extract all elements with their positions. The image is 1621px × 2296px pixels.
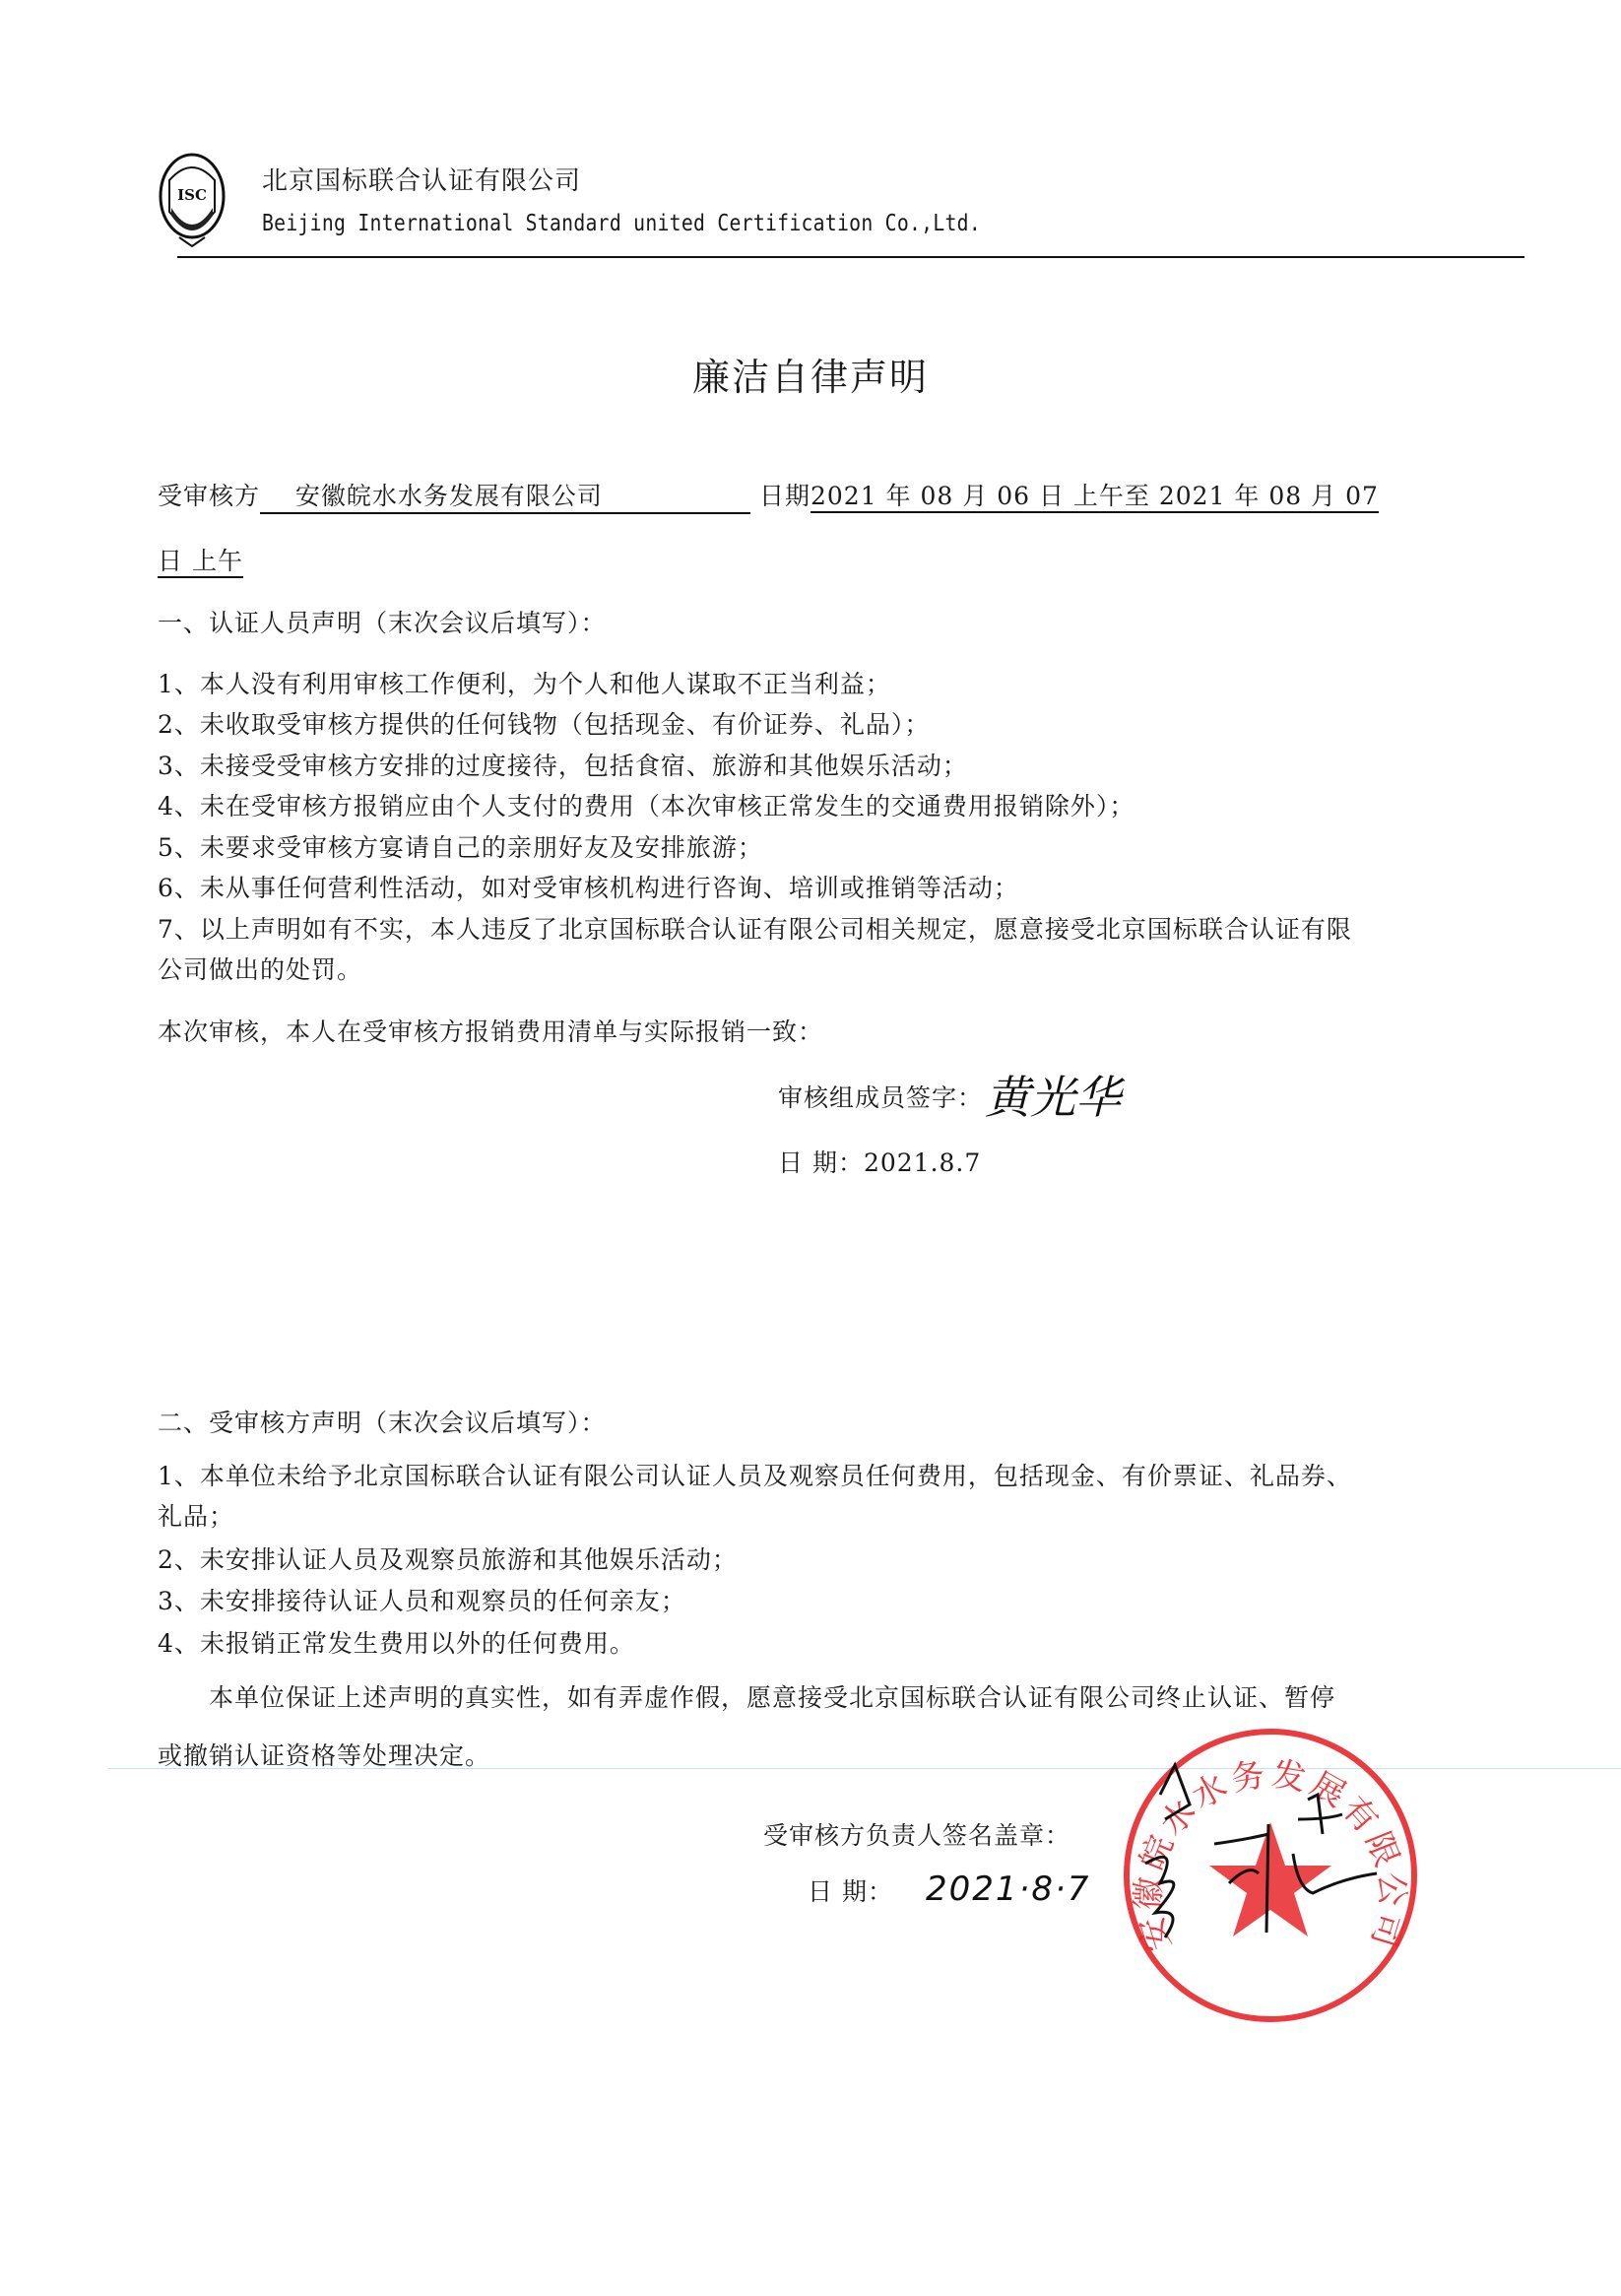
guarantee-line-1: 本单位保证上述声明的真实性，如有弄虚作假，愿意接受北京国标联合认证有限公司终止认… — [209, 1683, 1335, 1713]
section1-item-7: 7、以上声明如有不实，本人违反了北京国标联合认证有限公司相关规定，愿意接受北京国… — [158, 915, 1352, 945]
section1-item-4: 4、未在受审核方报销应由个人支付的费用（本次审核正常发生的交通费用报销除外）； — [158, 792, 1135, 821]
section1-item-7-cont: 公司做出的处罚。 — [158, 955, 362, 985]
section2-item-1-cont: 礼品； — [158, 1502, 234, 1532]
auditor-signature-label: 审核组成员签字： — [778, 1083, 983, 1113]
section2-item-2: 2、未安排认证人员及观察员旅游和其他娱乐活动； — [158, 1545, 738, 1575]
section1-item-2: 2、未收取受审核方提供的任何钱物（包括现金、有价证券、礼品）； — [158, 710, 930, 740]
auditee-row: 受审核方 安徽皖水水务发展有限公司 日期2021 年 08 月 06 日 上午至… — [158, 482, 1379, 514]
auditee-signature-label: 受审核方负责人签名盖章： — [763, 1821, 1070, 1851]
section1-item-1: 1、本人没有利用审核工作便利，为个人和他人谋取不正当利益； — [158, 670, 891, 699]
section1-item-3: 3、未接受受审核方安排的过度接待，包括食宿、旅游和其他娱乐活动； — [158, 752, 968, 781]
section2-heading: 二、受审核方声明（末次会议后填写）： — [158, 1409, 607, 1438]
date-field-line2-row: 日 上午 — [158, 547, 243, 576]
date-field-line2: 日 上午 — [158, 547, 243, 578]
guarantee-line-2: 或撤销认证资格等处理决定。 — [158, 1741, 490, 1771]
auditor-date-label: 日 期： — [778, 1148, 864, 1177]
date-label: 日期 — [759, 482, 810, 510]
auditor-signature: 黄光华 — [985, 1062, 1121, 1127]
section2-item-3: 3、未安排接待认证人员和观察员的任何亲友； — [158, 1587, 686, 1616]
section1-heading: 一、认证人员声明（末次会议后填写）： — [158, 609, 607, 638]
auditee-date-label: 日 期： — [808, 1877, 893, 1907]
expense-statement: 本次审核，本人在受审核方报销费用清单与实际报销一致： — [158, 1017, 823, 1047]
section1-item-5: 5、未要求受审核方宴请自己的亲朋好友及安排旅游； — [158, 833, 763, 863]
document-title: 廉洁自律声明 — [0, 347, 1621, 401]
auditor-date-row: 日 期：2021.8.7 — [778, 1148, 981, 1178]
section2-item-1: 1、本单位未给予北京国标联合认证有限公司认证人员及观察员任何费用，包括现金、有价… — [158, 1462, 1352, 1491]
auditee-date-value: 2021·8·7 — [926, 1870, 1090, 1909]
section1-item-6: 6、未从事任何营利性活动，如对受审核机构进行咨询、培训或推销等活动； — [158, 874, 1019, 903]
isc-logo-icon: ISC — [158, 151, 227, 247]
company-name-cn: 北京国标联合认证有限公司 — [262, 161, 581, 197]
section2-item-4: 4、未报销正常发生费用以外的任何费用。 — [158, 1629, 635, 1659]
auditee-field: 安徽皖水水务发展有限公司 — [260, 482, 750, 514]
header-divider — [177, 256, 1524, 258]
company-seal-icon: 安徽皖水水务发展有限公司 — [1121, 1726, 1420, 2025]
date-field-line1: 2021 年 08 月 06 日 上午至 2021 年 08 月 07 — [810, 482, 1379, 513]
svg-text:ISC: ISC — [177, 186, 207, 204]
auditor-date-value: 2021.8.7 — [864, 1148, 981, 1177]
company-name-en: Beijing International Standard united Ce… — [262, 211, 981, 236]
auditee-label: 受审核方 — [158, 482, 260, 510]
